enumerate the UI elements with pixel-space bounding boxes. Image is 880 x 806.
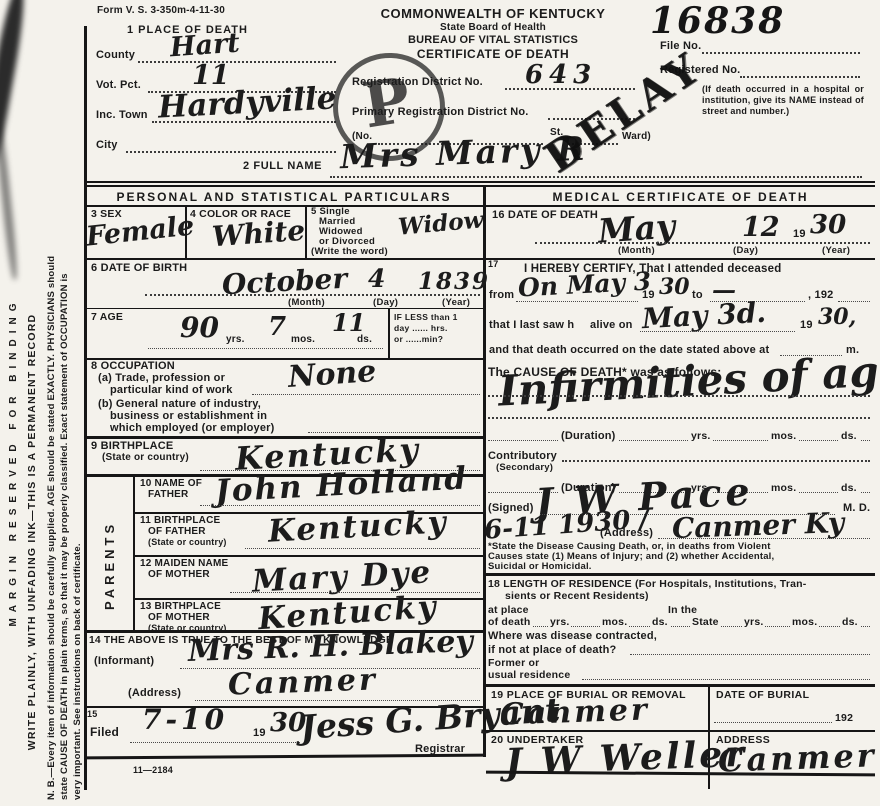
to-192-line	[838, 301, 870, 302]
plate-number: 11—2184	[133, 765, 173, 775]
cell-divider	[305, 205, 307, 258]
cause-line	[488, 395, 870, 397]
in-the-label: In the	[668, 604, 697, 616]
physician-address-value: Canmer Ky	[672, 509, 845, 543]
alive-on-label: alive on	[590, 319, 633, 331]
occupation-label: 8 OCCUPATION	[91, 360, 175, 372]
parents-label: PARENTS	[102, 490, 117, 610]
age-label: 7 AGE	[91, 311, 123, 323]
day-caption: (Day)	[373, 297, 398, 308]
mos-caption: mos.	[291, 334, 315, 345]
medical-section-title: MEDICAL CERTIFICATE OF DEATH	[486, 190, 875, 204]
residence-label: sients or Recent Residents)	[505, 590, 649, 602]
inc-town-value: Hardyville	[157, 83, 337, 123]
parents-cell-border	[133, 474, 135, 630]
inc-town-label: Inc. Town	[96, 109, 148, 121]
ds-caption: ds.	[650, 616, 670, 628]
father-birthplace-label: OF FATHER	[148, 526, 206, 537]
reg-district-value: 643	[525, 62, 597, 88]
contracted-label: Where was disease contracted,	[488, 630, 657, 642]
cause-of-death-value: Infirmities of age	[497, 349, 880, 412]
year-caption: (Year)	[822, 245, 850, 256]
mos-caption: mos.	[768, 482, 799, 494]
mos-caption: mos.	[768, 430, 799, 442]
if-not-label: if not at place of death?	[488, 644, 616, 656]
father-birthplace-value: Kentucky	[267, 507, 448, 547]
rule	[486, 730, 875, 732]
last-saw-label: that I last saw h	[489, 319, 574, 331]
burial-date-label: DATE OF BURIAL	[716, 689, 809, 701]
at-place-label: at place	[488, 604, 529, 616]
informant-label: (Informant)	[94, 655, 154, 667]
certify-item-number: 17	[488, 259, 498, 269]
year-caption: (Year)	[442, 297, 470, 308]
dob-year-value: 1839	[418, 270, 490, 293]
death-certificate-scan: MARGIN RESERVED FOR BINDING WRITE PLAINL…	[0, 0, 880, 806]
informant-address-value: Canmer	[228, 665, 379, 700]
age-days-value: 11	[332, 311, 365, 335]
last-saw-line	[640, 331, 795, 332]
month-caption: (Month)	[618, 245, 655, 256]
marital-label: (Write the word)	[311, 246, 388, 257]
county-value: Hart	[169, 30, 240, 62]
rule	[84, 205, 485, 207]
mother-birthplace-label: 13 BIRTHPLACE	[140, 601, 221, 612]
state-board-subtitle: State Board of Health	[348, 22, 638, 33]
date-of-death-year: 30	[810, 212, 846, 238]
rule	[84, 308, 485, 309]
state-or-country-caption: (State or country)	[148, 537, 227, 547]
rule	[486, 205, 875, 207]
filed-date-value: 7-10	[142, 706, 228, 734]
contributory-line	[562, 460, 870, 462]
filed-19-printed: 19	[253, 727, 266, 739]
margin-nb-line3: very important. See instructions on back…	[72, 55, 83, 800]
father-name-label: 10 NAME OF	[140, 478, 202, 489]
yrs-caption: yrs.	[688, 430, 713, 442]
mother-birthplace-label: OF MOTHER	[148, 612, 210, 623]
rule	[486, 258, 875, 260]
filed-item-number: 15	[87, 709, 97, 719]
last-saw-year: 30,	[818, 306, 856, 328]
occupation-a-value: None	[287, 357, 377, 393]
state-label: State	[690, 616, 721, 628]
filed-line	[130, 742, 300, 743]
rule	[84, 754, 485, 760]
from-label: from	[489, 289, 514, 301]
of-death-label: of death	[488, 616, 533, 628]
birthplace-label: 9 BIRTHPLACE	[91, 440, 173, 452]
attended-from-value: On May 3	[517, 269, 651, 301]
former-label: Former or	[488, 657, 539, 669]
serial-number-handwritten: 16838	[650, 0, 785, 42]
mos-caption: mos.	[600, 616, 629, 628]
rule	[486, 684, 875, 687]
form-left-border	[84, 26, 87, 790]
if-not-line	[630, 654, 870, 655]
last-saw-value: May 3d.	[641, 299, 766, 333]
dod-19-printed: 19	[793, 228, 806, 240]
age-months-value: 7	[268, 314, 286, 340]
full-name-line	[330, 176, 862, 178]
ds-caption: ds.	[838, 430, 860, 442]
informant-address-label: (Address)	[128, 687, 181, 699]
rule	[486, 573, 875, 576]
mother-name-label: OF MOTHER	[148, 569, 210, 580]
ds-caption: ds.	[840, 616, 860, 628]
occupation-b-label: (b) General nature of industry,	[98, 398, 261, 410]
bureau-subtitle: BUREAU OF VITAL STATISTICS	[348, 34, 638, 46]
burial-date-line	[714, 722, 832, 723]
county-label: County	[96, 49, 135, 61]
if-less-note: IF LESS than 1	[394, 312, 458, 322]
day-caption: (Day)	[733, 245, 758, 256]
mother-name-label: 12 MAIDEN NAME	[140, 558, 228, 569]
father-birthplace-label: 11 BIRTHPLACE	[140, 515, 220, 526]
dob-line	[145, 294, 480, 296]
cell-divider	[388, 308, 390, 358]
rule	[135, 555, 485, 557]
race-value: White	[211, 217, 306, 251]
dob-day-value: 4	[368, 266, 385, 291]
age-line	[148, 348, 383, 349]
commonwealth-title: COMMONWEALTH OF KENTUCKY	[348, 6, 638, 21]
dod-line	[535, 242, 870, 244]
city-label: City	[96, 139, 118, 151]
age-years-value: 90	[180, 314, 219, 342]
to-192-printed: , 192	[808, 289, 833, 301]
attended-from-year: 30	[659, 276, 690, 298]
margin-permanent-note: WRITE PLAINLY, WITH UNFADING INK—THIS IS…	[26, 282, 38, 782]
ds-caption: ds.	[357, 334, 372, 345]
month-caption: (Month)	[288, 297, 325, 308]
duration-label: (Duration)	[558, 430, 619, 442]
form-number: Form V. S. 3-350m-4-11-30	[97, 5, 225, 16]
physician-address-label: (Address)	[600, 527, 653, 539]
date-of-death-day: 12	[742, 214, 780, 241]
from-line	[516, 301, 638, 302]
from-19-printed: 19	[642, 289, 655, 301]
mother-name-line	[230, 592, 480, 593]
hospital-note: (If death occurred in a hospital or inst…	[702, 84, 864, 117]
filed-label: Filed	[90, 725, 119, 739]
father-name-label: FATHER	[148, 489, 188, 500]
usual-residence-line	[582, 679, 870, 680]
yrs-caption: yrs.	[226, 334, 245, 345]
file-no-line	[702, 52, 860, 54]
if-less-note: or ......min?	[394, 334, 443, 344]
margin-nb-line2: state CAUSE OF DEATH in plain terms, so …	[59, 55, 70, 800]
duration-line	[488, 440, 870, 441]
occupation-a-line	[252, 394, 480, 395]
header-divider	[84, 185, 875, 187]
marital-value: Widow	[397, 208, 484, 238]
yrs-caption: yrs.	[548, 616, 571, 628]
occupation-b-label: business or establishment in	[110, 410, 267, 422]
cause-line	[488, 417, 870, 419]
md-label: M. D.	[843, 502, 870, 514]
rule	[84, 258, 485, 260]
city-line	[126, 151, 336, 153]
registered-no-line	[740, 76, 860, 78]
vot-pct-label: Vot. Pct.	[96, 79, 141, 91]
usual-residence-label: usual residence	[488, 669, 570, 681]
secondary-caption: (Secondary)	[496, 462, 553, 473]
if-less-note: day ...... hrs.	[394, 323, 448, 333]
informant-value: Mrs R. H. Blakey	[188, 627, 474, 667]
occupation-a-label: particular kind of work	[110, 384, 233, 396]
p-stamp-letter: P	[358, 63, 415, 142]
dob-label: 6 DATE OF BIRTH	[91, 262, 187, 274]
full-name-label: 2 FULL NAME	[243, 160, 322, 172]
father-birthplace-line	[245, 548, 480, 549]
state-or-country-caption: (State or country)	[102, 452, 189, 463]
date-of-death-label: 16 DATE OF DEATH	[492, 209, 598, 221]
occupation-a-label: (a) Trade, profession or	[98, 372, 225, 384]
margin-nb-line1: N. B.—Every item of information should b…	[46, 55, 57, 800]
margin-binding-note: MARGIN RESERVED FOR BINDING	[8, 182, 19, 742]
undertaker-address-value: Canmer	[717, 739, 877, 777]
burial-place-value: Canmer	[500, 695, 651, 730]
residence-label: 18 LENGTH OF RESIDENCE (For Hospitals, I…	[488, 578, 806, 590]
yrs-caption: yrs.	[742, 616, 765, 628]
personal-section-title: PERSONAL AND STATISTICAL PARTICULARS	[85, 190, 483, 204]
county-line	[138, 61, 336, 63]
contributory-label: Contributory	[488, 450, 557, 462]
ds-caption: ds.	[838, 482, 860, 494]
vot-pct-value: 11	[192, 62, 230, 89]
saw-19-printed: 19	[800, 319, 813, 331]
cause-footnote: Suicidal or Homicidal.	[488, 561, 873, 572]
burial-192-printed: 192	[835, 712, 853, 724]
header-divider	[84, 181, 875, 183]
occupation-b-label: which employed (or employer)	[110, 422, 275, 434]
mos-caption: mos.	[790, 616, 819, 628]
